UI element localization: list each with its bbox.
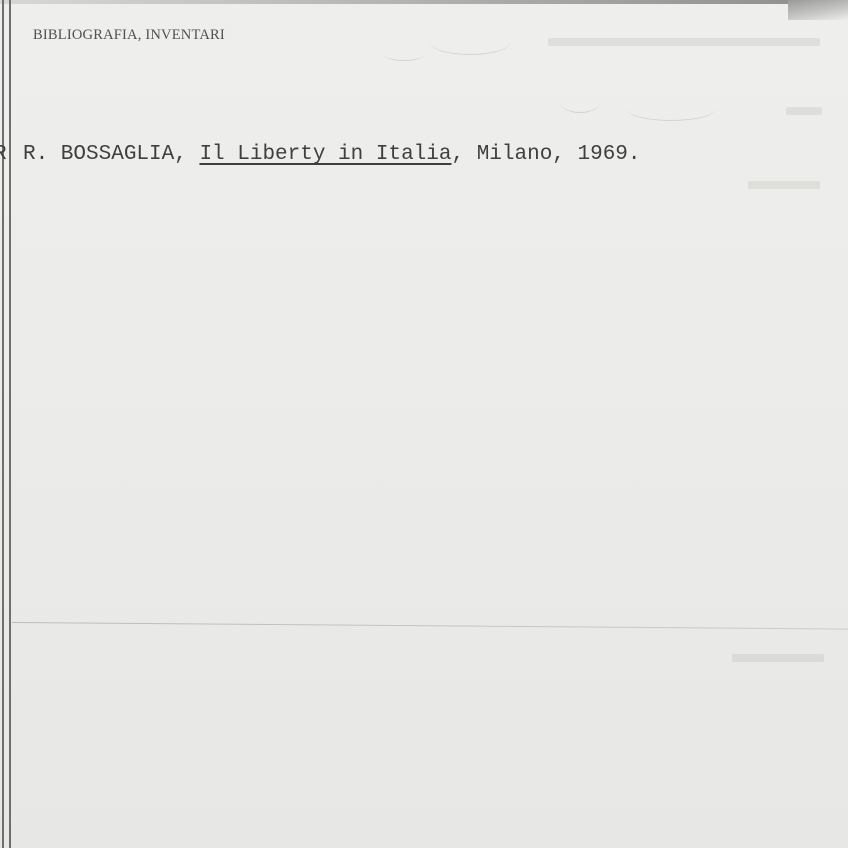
bleed-through-mark: [732, 654, 824, 662]
handwriting-bleed-mark: [430, 30, 510, 55]
card-ruled-line: [12, 622, 848, 630]
bibliographic-entry: R. BOSSAGLIA, Il Liberty in Italia, Mila…: [23, 143, 641, 166]
handwriting-bleed-mark: [626, 96, 716, 121]
card-corner-shadow: [788, 0, 848, 20]
catalog-card: BIBLIOGRAFIA, INVENTARI R R. BOSSAGLIA, …: [0, 0, 848, 848]
entry-author: R. BOSSAGLIA,: [23, 143, 187, 166]
bleed-through-mark: [548, 38, 820, 46]
entry-title: Il Liberty in Italia: [199, 143, 451, 166]
margin-line-outer: [2, 0, 4, 848]
card-heading: BIBLIOGRAFIA, INVENTARI: [33, 27, 225, 44]
handwriting-bleed-mark: [384, 48, 424, 61]
entry-publication: , Milano, 1969.: [451, 143, 640, 166]
margin-letter: R: [0, 143, 7, 166]
handwriting-bleed-mark: [560, 92, 600, 113]
card-top-edge: [0, 0, 848, 4]
margin-line-inner: [9, 0, 11, 848]
bleed-through-mark: [748, 181, 820, 189]
bleed-through-mark: [786, 107, 822, 115]
